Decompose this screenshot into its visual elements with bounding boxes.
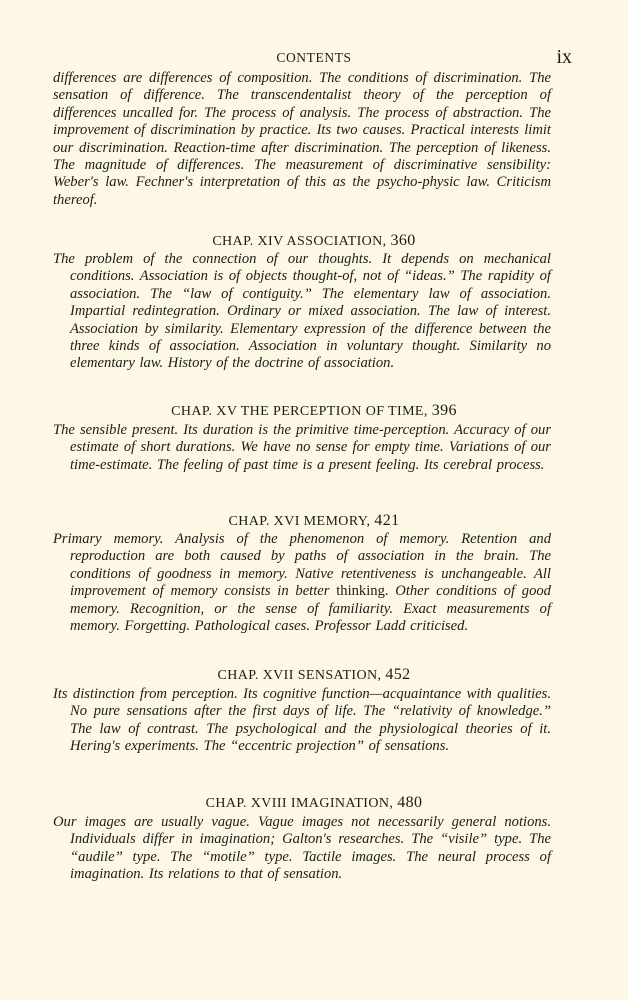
chapter-page: 452: [385, 666, 410, 683]
summary-emphasis: thinking.: [336, 583, 388, 599]
chapter-title: CHAP. XVI MEMORY,: [228, 514, 370, 529]
chapter-heading-xv: CHAP. XV THE PERCEPTION OF TIME, 396: [0, 402, 628, 420]
continued-chapter-summary: differences are differences of compositi…: [53, 70, 551, 209]
running-title: CONTENTS: [0, 50, 628, 66]
chapter-title: CHAP. XVIII IMAGINATION,: [206, 796, 394, 811]
page-number: ix: [556, 46, 572, 69]
chapter-summary-xv: The sensible present. Its duration is th…: [53, 422, 551, 474]
chapter-title: CHAP. XV THE PERCEPTION OF TIME,: [171, 404, 428, 419]
running-head: CONTENTS ix: [0, 46, 628, 68]
chapter-heading-xvi: CHAP. XVI MEMORY, 421: [0, 512, 628, 530]
chapter-page: 360: [390, 232, 415, 249]
chapter-summary-xvii: Its distinction from perception. Its cog…: [53, 686, 551, 756]
chapter-summary-xvi: Primary memory. Analysis of the phenomen…: [53, 531, 551, 635]
chapter-title: CHAP. XVII SENSATION,: [217, 668, 381, 683]
chapter-page: 480: [397, 794, 422, 811]
chapter-summary-xviii: Our images are usually vague. Vague imag…: [53, 814, 551, 884]
chapter-page: 421: [374, 512, 399, 529]
chapter-page: 396: [432, 402, 457, 419]
chapter-heading-xviii: CHAP. XVIII IMAGINATION, 480: [0, 794, 628, 812]
chapter-heading-xiv: CHAP. XIV ASSOCIATION, 360: [0, 232, 628, 250]
book-page: CONTENTS ix differences are differences …: [0, 0, 628, 1000]
chapter-title: CHAP. XIV ASSOCIATION,: [212, 234, 386, 249]
chapter-heading-xvii: CHAP. XVII SENSATION, 452: [0, 666, 628, 684]
chapter-summary-xiv: The problem of the connection of our tho…: [53, 251, 551, 373]
